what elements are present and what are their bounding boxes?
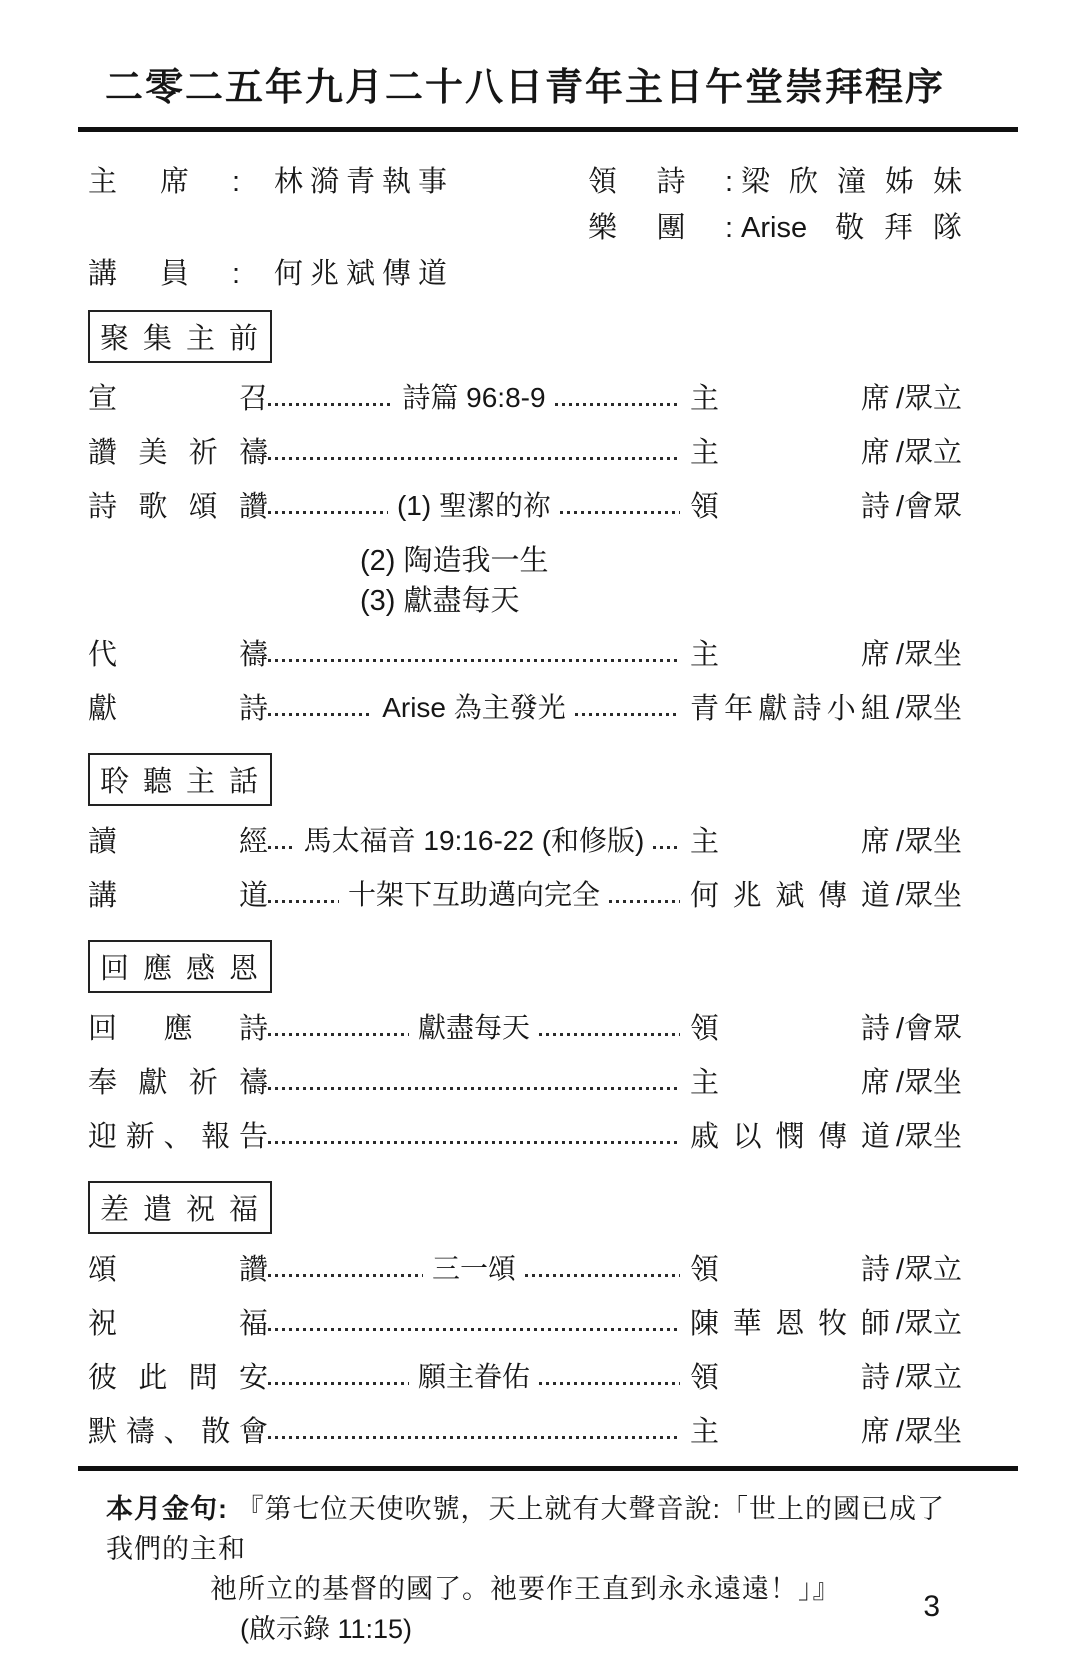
program-row: 回應詩獻盡每天領詩/會眾 bbox=[88, 1009, 962, 1043]
dotted-leader-right bbox=[653, 846, 680, 849]
program-row: 迎新、報告戚以憫傳道/眾坐 bbox=[88, 1117, 962, 1151]
dotted-leader-left bbox=[268, 1382, 409, 1385]
program-item-detail: Arise 為主發光 bbox=[373, 686, 575, 726]
program-row: 講道十架下互助邁向完全何兆斌傳道/眾坐 bbox=[88, 876, 962, 910]
program-item-posture: /眾立 bbox=[896, 376, 962, 417]
program-item-person: 領詩 bbox=[690, 1006, 890, 1047]
program-item-posture: /眾立 bbox=[896, 1247, 962, 1288]
program-item-label: 讀經 bbox=[88, 819, 268, 860]
program-item-label: 祝福 bbox=[88, 1301, 268, 1342]
program-row: 默禱、散會主席/眾坐 bbox=[88, 1412, 962, 1446]
dotted-leader-right bbox=[609, 900, 680, 903]
verse-text-2: 祂所立的基督的國了。祂要作王直到永永遠遠！」』 bbox=[210, 1574, 841, 1604]
section-heading: 聆聽主話 bbox=[88, 753, 272, 806]
program-item-person: 主席 bbox=[690, 819, 890, 860]
leader-area: Arise 為主發光 bbox=[268, 686, 680, 726]
program-item-posture: /眾立 bbox=[896, 430, 962, 471]
page-number: 3 bbox=[923, 1590, 940, 1624]
program-item-person: 主席 bbox=[690, 1060, 890, 1101]
section-heading-text: 差遣祝福 bbox=[100, 1187, 272, 1228]
leader-area: 詩篇 96:8-9 bbox=[268, 376, 680, 416]
program-item-person: 青年獻詩小組 bbox=[690, 686, 890, 727]
dotted-leader bbox=[268, 659, 680, 662]
leader-area bbox=[268, 1420, 680, 1439]
program-item-person: 領詩 bbox=[690, 1247, 890, 1288]
leader-area bbox=[268, 1071, 680, 1090]
leader-area: 十架下互助邁向完全 bbox=[268, 873, 680, 913]
program-item-label: 代禱 bbox=[88, 632, 268, 673]
program-row: 奉獻祈禱主席/眾坐 bbox=[88, 1063, 962, 1097]
leader-area: 願主眷佑 bbox=[268, 1355, 680, 1395]
dotted-leader bbox=[268, 1087, 680, 1090]
program-row: 頌讚三一頌領詩/眾立 bbox=[88, 1250, 962, 1284]
program-item-posture: /眾坐 bbox=[896, 1114, 962, 1155]
program-item-person: 陳華恩牧師 bbox=[690, 1301, 890, 1342]
program-item-posture: /會眾 bbox=[896, 484, 962, 525]
program-row: 祝福陳華恩牧師/眾立 bbox=[88, 1304, 962, 1338]
verse-text-1: 『第七位天使吹號，天上就有大聲音說:「世上的國已成了我們的主和 bbox=[106, 1494, 945, 1564]
leader-area: (1) 聖潔的祢 bbox=[268, 484, 680, 524]
leader-area bbox=[268, 643, 680, 662]
dotted-leader-left bbox=[268, 846, 295, 849]
dotted-leader-left bbox=[268, 1033, 409, 1036]
program-item-label: 奉獻祈禱 bbox=[88, 1060, 268, 1101]
program-item-posture: /眾立 bbox=[896, 1301, 962, 1342]
program-item-label: 默禱、散會 bbox=[88, 1409, 268, 1450]
program-item-detail: (1) 聖潔的祢 bbox=[388, 484, 560, 524]
header-row-preacher: 講員: 何兆斌傳道 bbox=[88, 248, 588, 294]
header-row-chair: 主席: 林漪青執事 bbox=[88, 156, 588, 202]
role-label: 主席: bbox=[88, 159, 240, 200]
section-heading: 回應感恩 bbox=[88, 940, 272, 993]
page-title: 二零二五年九月二十八日青年主日午堂崇拜程序 bbox=[88, 56, 962, 111]
program-item-posture: /會眾 bbox=[896, 1006, 962, 1047]
song-list-item: (3) 獻盡每天 bbox=[360, 581, 962, 621]
program-item-posture: /眾坐 bbox=[896, 819, 962, 860]
program-item-label: 迎新、報告 bbox=[88, 1114, 268, 1155]
program-item-posture: /眾坐 bbox=[896, 1060, 962, 1101]
dotted-leader-right bbox=[575, 713, 680, 716]
program-item-person: 戚以憫傳道 bbox=[690, 1114, 890, 1155]
dotted-leader-left bbox=[268, 511, 388, 514]
program-row: 詩歌頌讚(1) 聖潔的祢領詩/會眾 bbox=[88, 487, 962, 521]
dotted-leader-left bbox=[268, 713, 373, 716]
program-item-label: 彼此問安 bbox=[88, 1355, 268, 1396]
role-value: 林漪青執事 bbox=[274, 159, 454, 200]
program-item-person: 主席 bbox=[690, 632, 890, 673]
program-item-detail: 十架下互助邁向完全 bbox=[339, 873, 609, 913]
leader-area bbox=[268, 1312, 680, 1331]
role-value: 梁欣潼姊妹 bbox=[741, 159, 962, 200]
role-label: 樂團: bbox=[588, 205, 733, 246]
program-item-label: 讚美祈禱 bbox=[88, 430, 268, 471]
monthly-verse: 本月金句: 『第七位天使吹號，天上就有大聲音說:「世上的國已成了我們的主和 祂所… bbox=[88, 1489, 962, 1649]
program-item-person: 何兆斌傳道 bbox=[690, 873, 890, 914]
program-item-posture: /眾坐 bbox=[896, 1409, 962, 1450]
dotted-leader bbox=[268, 1141, 680, 1144]
program-item-posture: /眾坐 bbox=[896, 873, 962, 914]
program-item-posture: /眾坐 bbox=[896, 632, 962, 673]
section-heading-text: 聆聽主話 bbox=[100, 759, 272, 800]
verse-label: 本月金句: bbox=[106, 1494, 228, 1524]
dotted-leader-left bbox=[268, 900, 339, 903]
role-label: 講員: bbox=[88, 251, 240, 292]
program-item-posture: /眾立 bbox=[896, 1355, 962, 1396]
program-item-detail: 詩篇 96:8-9 bbox=[393, 376, 554, 416]
dotted-leader bbox=[268, 457, 680, 460]
program-item-person: 主席 bbox=[690, 1409, 890, 1450]
program-item-detail: 願主眷佑 bbox=[409, 1355, 539, 1395]
program-item-detail: 馬太福音 19:16-22 (和修版) bbox=[295, 819, 654, 859]
dotted-leader bbox=[268, 1436, 680, 1439]
role-value: 何兆斌傳道 bbox=[274, 251, 454, 292]
service-header: 主席: 林漪青執事 領詩: 梁欣潼姊妹 樂團: Arise 敬拜隊 講員: 何兆… bbox=[88, 156, 962, 294]
leader-area: 馬太福音 19:16-22 (和修版) bbox=[268, 819, 680, 859]
program-row: 宣召詩篇 96:8-9主席/眾立 bbox=[88, 379, 962, 413]
leader-area bbox=[268, 1125, 680, 1144]
footer-rule bbox=[78, 1466, 1018, 1471]
verse-line-2: 祂所立的基督的國了。祂要作王直到永永遠遠！」』 (啟示錄 11:15) bbox=[210, 1569, 962, 1649]
program-row: 彼此問安願主眷佑領詩/眾立 bbox=[88, 1358, 962, 1392]
program-item-person: 主席 bbox=[690, 430, 890, 471]
leader-area bbox=[268, 441, 680, 460]
dotted-leader bbox=[268, 1328, 680, 1331]
program-item-detail: 獻盡每天 bbox=[409, 1006, 539, 1046]
program-row: 讚美祈禱主席/眾立 bbox=[88, 433, 962, 467]
dotted-leader-left bbox=[268, 403, 393, 406]
section-heading: 差遣祝福 bbox=[88, 1181, 272, 1234]
program-item-detail: 三一頌 bbox=[423, 1247, 525, 1287]
leader-area: 獻盡每天 bbox=[268, 1006, 680, 1046]
bulletin-page: 二零二五年九月二十八日青年主日午堂崇拜程序 主席: 林漪青執事 領詩: 梁欣潼姊… bbox=[0, 0, 1068, 1668]
program-item-label: 頌讚 bbox=[88, 1247, 268, 1288]
program-item-person: 主席 bbox=[690, 376, 890, 417]
section-heading: 聚集主前 bbox=[88, 310, 272, 363]
role-label: 領詩: bbox=[588, 159, 733, 200]
title-rule bbox=[78, 127, 1018, 132]
dotted-leader-left bbox=[268, 1274, 423, 1277]
song-list-item: (2) 陶造我一生 bbox=[360, 541, 962, 581]
program-item-posture: /眾坐 bbox=[896, 686, 962, 727]
dotted-leader-right bbox=[525, 1274, 680, 1277]
program-row: 獻詩Arise 為主發光青年獻詩小組/眾坐 bbox=[88, 689, 962, 723]
leader-area: 三一頌 bbox=[268, 1247, 680, 1287]
program-item-person: 領詩 bbox=[690, 1355, 890, 1396]
program-item-label: 講道 bbox=[88, 873, 268, 914]
program-row: 代禱主席/眾坐 bbox=[88, 635, 962, 669]
program-item-label: 詩歌頌讚 bbox=[88, 484, 268, 525]
program-item-label: 獻詩 bbox=[88, 686, 268, 727]
program-row: 讀經馬太福音 19:16-22 (和修版)主席/眾坐 bbox=[88, 822, 962, 856]
header-row-band: 樂團: Arise 敬拜隊 bbox=[588, 202, 962, 248]
dotted-leader-right bbox=[555, 403, 680, 406]
role-value: Arise 敬拜隊 bbox=[741, 205, 962, 246]
program-item-label: 回應詩 bbox=[88, 1006, 268, 1047]
program-item-person: 領詩 bbox=[690, 484, 890, 525]
program-list: 聚集主前宣召詩篇 96:8-9主席/眾立讚美祈禱主席/眾立詩歌頌讚(1) 聖潔的… bbox=[88, 300, 962, 1446]
verse-reference: (啟示錄 11:15) bbox=[240, 1609, 412, 1649]
verse-line-1: 本月金句: 『第七位天使吹號，天上就有大聲音說:「世上的國已成了我們的主和 bbox=[106, 1489, 962, 1569]
section-heading-text: 回應感恩 bbox=[100, 946, 272, 987]
header-row-lead-singer: 領詩: 梁欣潼姊妹 bbox=[588, 156, 962, 202]
program-item-label: 宣召 bbox=[88, 376, 268, 417]
dotted-leader-right bbox=[539, 1382, 680, 1385]
dotted-leader-right bbox=[539, 1033, 680, 1036]
section-heading-text: 聚集主前 bbox=[100, 316, 272, 357]
dotted-leader-right bbox=[560, 511, 680, 514]
